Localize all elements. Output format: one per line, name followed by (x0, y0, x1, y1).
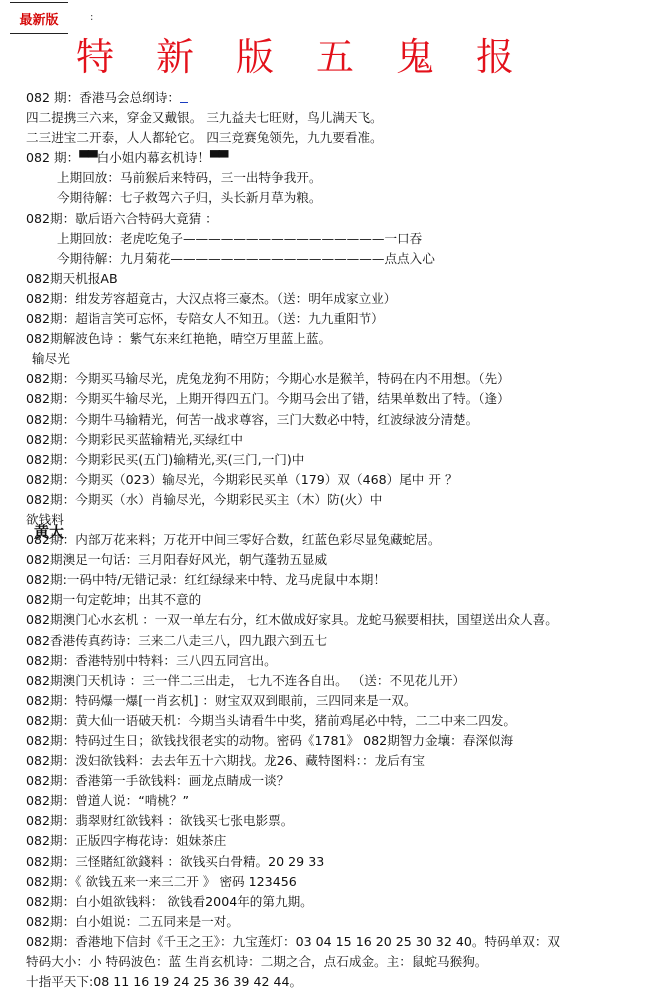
text-line: 082期一句定乾坤；出其不意的 (26, 590, 670, 610)
title-char: 版 (235, 34, 275, 80)
badge-label: 最新版 (10, 9, 68, 28)
text-line: 今期待解：九月菊花—————————————————点点入心 (26, 249, 670, 269)
text-line: 082期：曾道人说：“啃桃？” (26, 791, 670, 811)
text-line: 082期：歇后语六合特码大竟猜 ： (26, 209, 670, 229)
title-char: 特 (75, 34, 115, 80)
text-line: 082期：香港地下信封《千王之王》：九宝莲灯：03 04 15 16 20 25… (26, 932, 670, 952)
text-line: 082期：白小姐说：二五同来是一对。 (26, 912, 670, 932)
text-cursor (180, 90, 188, 103)
text-line: 082期：白小姐欲钱料： 欲钱看2004年的第九期。 (26, 892, 670, 912)
badge-colon: : (90, 12, 93, 23)
bars-icon: ▀▀ (79, 148, 96, 168)
text-line: 082期：香港第一手欲钱料：画龙点睛成一谈？ (26, 771, 670, 791)
text-line: 082期澳门心水玄机 ：一双一单左右分，红木做成好家具。龙蛇马猴要相扶，国望送出… (26, 610, 670, 630)
text-line: 082期：内部万花来料；万花开中间三零好合数，红蓝色彩尽显兔藏蛇居。 (26, 530, 670, 550)
title-char: 报 (475, 34, 515, 80)
text-line: 082期：香港特别中特料：三八四五同宫出。 (26, 651, 670, 671)
text-line: 082期：超诣言笑可忘怀，专陪女人不知丑。（送：九九重阳节） (26, 309, 670, 329)
title-char: 新 (155, 34, 195, 80)
text-line: 输尽光 (26, 349, 670, 369)
text-line: 特码大小：小 特码波色：蓝 生肖玄机诗：二期之合，点石成金。主：鼠蛇马猴狗。 (26, 952, 670, 972)
title-char: 五 (315, 34, 355, 80)
text-line: 082期：泼妇欲钱料：去去年五十六期找。龙26、藏特图料：：龙后有宝 (26, 751, 670, 771)
text-line: 082期：《 欲钱五来一来三二开 》 密码 123456 (26, 872, 670, 892)
text-line: 082期：今期买马输尽光，虎兔龙狗不用防；今期心水是猴羊，特码在内不用想。（先） (26, 369, 670, 389)
text-line: 今期待解：七子救驾六子归，头长新月草为粮。 (26, 188, 670, 208)
text-line: 082期：翡翠财红欲钱料 ：欲钱买七张电影票。 (26, 811, 670, 831)
text-line: 082期：今期牛马输精光，何苦一战求尊容，三门大数必中特，红波绿波分清楚。 (26, 410, 670, 430)
text-line: 082期：今期买（023）输尽光，今期彩民买单（179）双（468）尾中 开 ？ (26, 470, 670, 490)
text-line: 082期:一码中特/无错记录：红红绿绿来中特、龙马虎鼠中本期！ (26, 570, 670, 590)
text-line: 082期：今期买（水）肖输尽光，今期彩民买主（木）防(火）中 (26, 490, 670, 510)
text-line: 082期：三怪賭紅欲錢料 ：欲钱买白骨精。20 29 33 (26, 852, 670, 872)
text-body: 082 期：香港马会总纲诗： 四二提携三六来，穿金又戴银。 三九益夫七旺财，鸟儿… (26, 88, 670, 992)
version-badge: 最新版 (10, 2, 68, 34)
text-line: 欲钱料 (26, 510, 670, 530)
text-line: 082 期：▀▀白小姐内幕玄机诗！▀▀ (26, 148, 670, 168)
text-line: 082期：特码过生日；欲钱找很老实的动物。密码《1781》 082期智力金壤：春… (26, 731, 670, 751)
text-line: 四二提携三六来，穿金又戴银。 三九益夫七旺财，鸟儿满天飞。 (26, 108, 670, 128)
text-line: 上期回放：老虎吃兔子————————————————一口吞 (26, 229, 670, 249)
bars-icon: ▀▀ (210, 148, 227, 168)
text-line: 十指平天下:08 11 16 19 24 25 36 39 42 44。 (26, 972, 670, 992)
text-line: 082 期：香港马会总纲诗： (26, 88, 670, 108)
text-line: 082期：今期彩民买蓝输精光,买绿红中 (26, 430, 670, 450)
text-line: 082期澳足一句话：三月阳春好风光，朝气蓬勃五显威 (26, 550, 670, 570)
text-line: 082香港传真药诗：三来二八走三八，四九跟六到五七 (26, 631, 670, 651)
overlay-label: 黄大 (34, 521, 64, 542)
text-line: 082期：绀发芳容超竟古，大汉点将三豪杰。（送：明年成家立业） (26, 289, 670, 309)
title-char: 鬼 (395, 34, 435, 80)
text-line: 二三进宝二开泰，人人都轮它。 四三竞赛兔领先，九九要看准。 (26, 128, 670, 148)
text-line: 082期解波色诗 ：紫气东来红艳艳，晴空万里蓝上蓝。 (26, 329, 670, 349)
text-line: 082期澳门天机诗 ：三一伴二三出走， 七九不连各自出。 （送：不见花儿开） (26, 671, 670, 691)
text-line: 082期：特码爆一爆[一肖玄机] ：财宝双双到眼前，三四同来是一双。 (26, 691, 670, 711)
text-line: 082期：今期买牛输尽光，上期开得四五门。今期马会出了错，结果单数出了特。（逢） (26, 389, 670, 409)
text-line: 082期：正版四字梅花诗：姐妹茶庄 (26, 831, 670, 851)
page-title: 特 新 版 五 鬼 报 (75, 34, 515, 80)
text-line: 082期天机报AB (26, 269, 670, 289)
text-line: 082期：今期彩民买(五门)输精光,买(三门,一门)中 (26, 450, 670, 470)
text-line: 082期：黄大仙一语破天机：今期当头请看牛中奖，猪前鸡尾必中特，二二中来二四发。 (26, 711, 670, 731)
text-line: 上期回放：马前猴后来特码，三一出特争我开。 (26, 168, 670, 188)
